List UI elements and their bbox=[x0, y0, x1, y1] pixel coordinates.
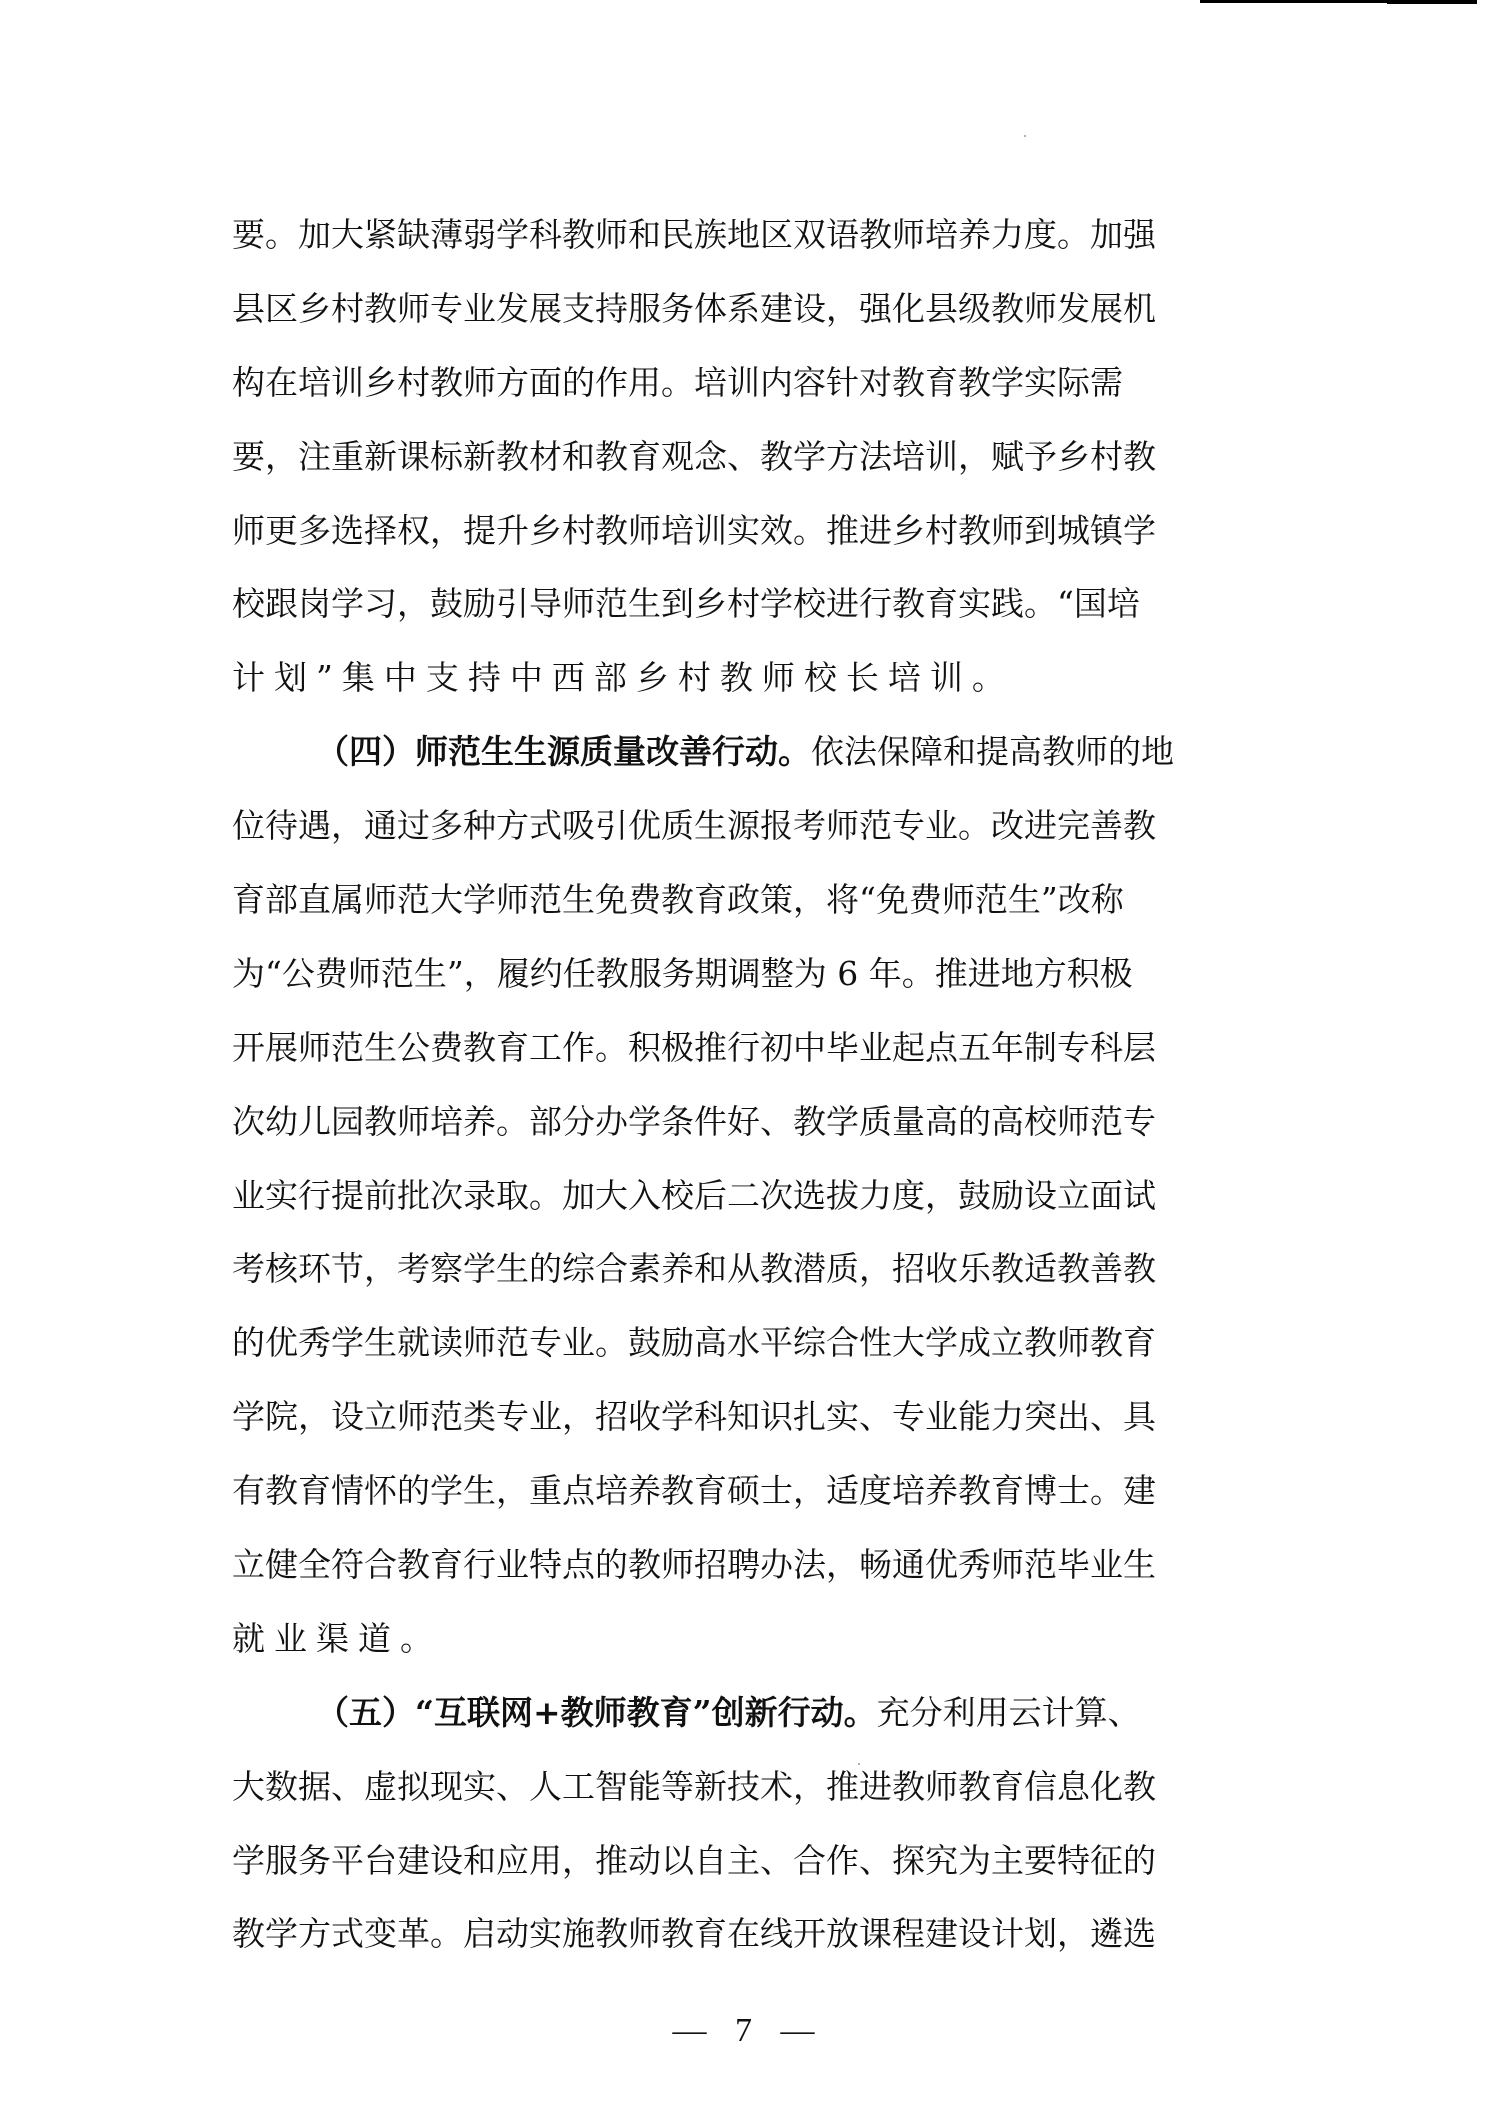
text-line: 学服务平台建设和应用，推动以自主、合作、探究为主要特征的 bbox=[232, 1838, 1286, 1912]
text-line: 为“公费师范生”，履约任教服务期调整为 6 年。推进地方积极 bbox=[232, 951, 1286, 1025]
text-line: 大数据、虚拟现实、人工智能等新技术，推进教师教育信息化教 bbox=[232, 1764, 1286, 1838]
text-line: 立健全符合教育行业特点的教师招聘办法，畅通优秀师范毕业生 bbox=[232, 1542, 1286, 1616]
text-line: 的优秀学生就读师范专业。鼓励高水平综合性大学成立教师教育 bbox=[232, 1320, 1286, 1394]
text-line: 县区乡村教师专业发展支持服务体系建设，强化县级教师发展机 bbox=[232, 286, 1286, 360]
text-line: 位待遇，通过多种方式吸引优质生源报考师范专业。改进完善教 bbox=[232, 803, 1286, 877]
text-line: 有教育情怀的学生，重点培养教育硕士，适度培养教育博士。建 bbox=[232, 1468, 1286, 1542]
text-line: 构在培训乡村教师方面的作用。培训内容针对教育教学实际需 bbox=[232, 360, 1286, 434]
text-line: 计划”集中支持中西部乡村教师校长培训。 bbox=[232, 655, 1286, 729]
section-4-heading: （四）师范生生源质量改善行动。 bbox=[316, 732, 811, 771]
text-line: 次幼儿园教师培养。部分办学条件好、教学质量高的高校师范专 bbox=[232, 1099, 1286, 1173]
paragraph-section-4: （四）师范生生源质量改善行动。依法保障和提高教师的地 位待遇，通过多种方式吸引优… bbox=[232, 729, 1286, 1690]
text-line: 育部直属师范大学师范生免费教育政策，将“免费师范生”改称 bbox=[232, 877, 1286, 951]
section-heading-line: （四）师范生生源质量改善行动。依法保障和提高教师的地 bbox=[232, 729, 1286, 803]
text-line: 考核环节，考察学生的综合素养和从教潜质，招收乐教适教善教 bbox=[232, 1246, 1286, 1320]
section-heading-line: （五）“互联网+教师教育”创新行动。充分利用云计算、 bbox=[232, 1690, 1286, 1764]
section-5-first-line: 充分利用云计算、 bbox=[877, 1693, 1141, 1732]
text-line: 要。加大紧缺薄弱学科教师和民族地区双语教师培养力度。加强 bbox=[232, 212, 1286, 286]
text-line: 校跟岗学习，鼓励引导师范生到乡村学校进行教育实践。“国培 bbox=[232, 581, 1286, 655]
page-number: — 7 — bbox=[0, 2012, 1497, 2050]
text-line: 业实行提前批次录取。加大入校后二次选拔力度，鼓励设立面试 bbox=[232, 1173, 1286, 1247]
document-body: 要。加大紧缺薄弱学科教师和民族地区双语教师培养力度。加强 县区乡村教师专业发展支… bbox=[232, 212, 1286, 1985]
text-line: 师更多选择权，提升乡村教师培训实效。推进乡村教师到城镇学 bbox=[232, 508, 1286, 582]
paragraph-section-5: （五）“互联网+教师教育”创新行动。充分利用云计算、 大数据、虚拟现实、人工智能… bbox=[232, 1690, 1286, 1986]
text-line: 就业渠道。 bbox=[232, 1616, 1286, 1690]
text-line: 要，注重新课标新教材和教育观念、教学方法培训，赋予乡村教 bbox=[232, 434, 1286, 508]
scan-edge-rule bbox=[1200, 0, 1477, 3]
text-line: 学院，设立师范类专业，招收学科知识扎实、专业能力突出、具 bbox=[232, 1394, 1286, 1468]
paragraph-continued: 要。加大紧缺薄弱学科教师和民族地区双语教师培养力度。加强 县区乡村教师专业发展支… bbox=[232, 212, 1286, 729]
scan-speck bbox=[1024, 135, 1026, 137]
section-4-first-line: 依法保障和提高教师的地 bbox=[811, 732, 1174, 771]
text-line: 开展师范生公费教育工作。积极推行初中毕业起点五年制专科层 bbox=[232, 1025, 1286, 1099]
text-line: 教学方式变革。启动实施教师教育在线开放课程建设计划，遴选 bbox=[232, 1911, 1286, 1985]
section-5-heading: （五）“互联网+教师教育”创新行动。 bbox=[316, 1693, 877, 1732]
